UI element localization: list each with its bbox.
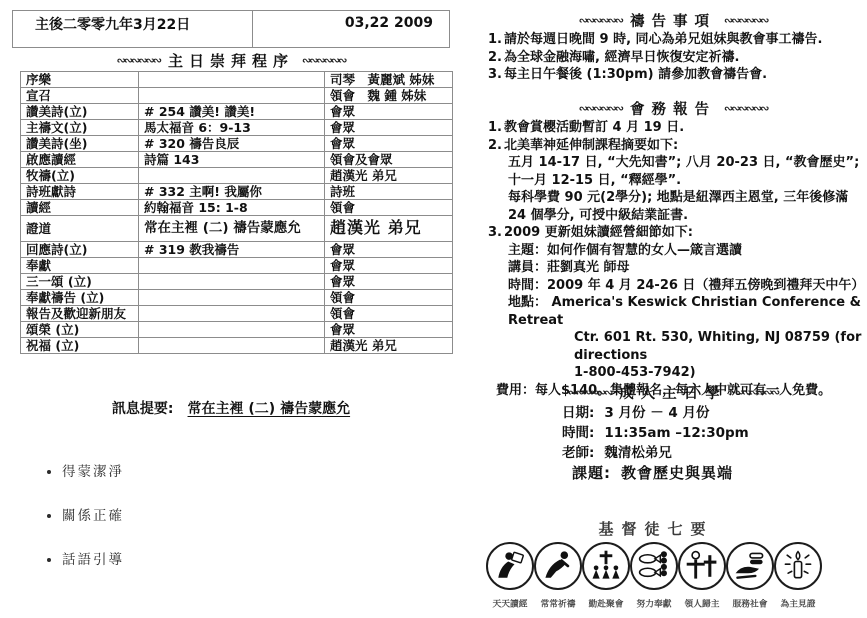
program-content <box>139 290 325 306</box>
praying-icon <box>534 542 582 590</box>
essential-prayer: 常常祈禱 <box>534 542 582 610</box>
program-content: # 254 讚美! 讚美! <box>139 104 325 120</box>
ornament-right-icon: ∾∾∾∾∾∾ <box>735 386 778 399</box>
message-points-list: 得蒙潔淨 關係正確 話語引導 <box>62 460 124 592</box>
table-row: 啟應讀經詩篇 143領會及會眾 <box>21 152 453 168</box>
program-who: 領會 <box>325 290 453 306</box>
prayer-section-title: ∾∾∾∾∾∾ 禱告事項 ∾∾∾∾∾∾ <box>480 10 866 31</box>
report-item: 2.北美華神延伸制課程摘要如下: <box>480 137 866 155</box>
report-subline: 講員：莊劉真光 師母 <box>480 259 866 277</box>
program-item: 啟應讀經 <box>21 152 139 168</box>
table-row: 讀經約翰福音 15: 1-8領會 <box>21 200 453 216</box>
program-item: 證道 <box>21 216 139 242</box>
program-item: 頌榮 (立) <box>21 322 139 338</box>
ornament-left-icon: ∾∾∾∾∾∾ <box>568 386 611 399</box>
program-item: 奉獻禱告 (立) <box>21 290 139 306</box>
list-item: 話語引導 <box>62 548 124 568</box>
prayer-title-text: 禱告事項 <box>630 10 716 31</box>
prayer-item: 1.請於每週日晚間 9 時, 同心為弟兄姐妹與教會事工禱告. <box>480 31 866 49</box>
prayer-item: 3.每主日午餐後 (1:30pm) 請參加教會禱告會. <box>480 66 866 84</box>
program-item: 詩班獻詩 <box>21 184 139 200</box>
ornament-left-icon: ∾∾∾∾∾∾ <box>579 14 622 27</box>
ornament-right-icon: ∾∾∾∾∾∾ <box>302 54 345 67</box>
school-topic-line: 課題:教會歷史與異端 <box>480 463 866 483</box>
item-text: 每主日午餐後 (1:30pm) 請參加教會禱告會. <box>504 66 767 84</box>
table-row: 回應詩(立)# 319 教我禱告會眾 <box>21 242 453 258</box>
school-section-title: ∾∾∾∾∾∾ 成人主日學 ∾∾∾∾∾∾ <box>480 382 866 403</box>
essential-gathering: 勤赴聚會 <box>582 542 630 610</box>
message-summary: 訊息提要:常在主裡 (二) 禱告蒙應允 <box>12 398 450 418</box>
line-label: 日期: <box>562 405 594 421</box>
program-content <box>139 338 325 354</box>
program-content <box>139 274 325 290</box>
item-number: 1. <box>480 31 504 49</box>
table-row: 奉獻會眾 <box>21 258 453 274</box>
program-item: 報告及歡迎新朋友 <box>21 306 139 322</box>
ornament-right-icon: ∾∾∾∾∾∾ <box>724 14 767 27</box>
program-who: 領會及會眾 <box>325 152 453 168</box>
table-row: 序樂司琴 黃麗斌 姊妹 <box>21 72 453 88</box>
program-who: 會眾 <box>325 104 453 120</box>
table-row: 頌榮 (立)會眾 <box>21 322 453 338</box>
program-content <box>139 322 325 338</box>
program-item: 讀經 <box>21 200 139 216</box>
table-row: 奉獻禱告 (立)領會 <box>21 290 453 306</box>
program-who: 趙漢光 弟兄 <box>325 216 453 242</box>
offering-fish-coins-icon <box>630 542 678 590</box>
program-who: 領會 <box>325 200 453 216</box>
item-text: 教會賞櫻活動暫訂 4 月 19 日. <box>504 119 684 137</box>
item-text: 2009 更新姐妹讀經營細節如下: <box>504 224 693 242</box>
program-content <box>139 306 325 322</box>
prayer-items-section: ∾∾∾∾∾∾ 禱告事項 ∾∾∾∾∾∾ 1.請於每週日晚間 9 時, 同心為弟兄姐… <box>480 10 866 84</box>
christian-seven-essentials: 基督徒七要 天天讀經 常常祈禱 <box>486 518 826 610</box>
item-number: 3. <box>480 224 504 242</box>
program-content: # 332 主啊! 我屬你 <box>139 184 325 200</box>
essential-label: 服務社會 <box>733 597 768 610</box>
program-item: 宣召 <box>21 88 139 104</box>
table-row: 主禱文(立)馬太福音 6：9-13會眾 <box>21 120 453 136</box>
serving-hands-icon <box>726 542 774 590</box>
table-row: 牧禱(立)趙漢光 弟兄 <box>21 168 453 184</box>
program-content: 常在主裡 (二) 禱告蒙應允 <box>139 216 325 242</box>
program-content: 詩篇 143 <box>139 152 325 168</box>
program-item: 主禱文(立) <box>21 120 139 136</box>
report-title-text: 會務報告 <box>630 98 716 119</box>
item-number: 3. <box>480 66 504 84</box>
program-item: 回應詩(立) <box>21 242 139 258</box>
essential-offering: 努力奉獻 <box>630 542 678 610</box>
line-label: 老師: <box>562 445 594 461</box>
program-content <box>139 258 325 274</box>
program-item: 三一頌 (立) <box>21 274 139 290</box>
program-content: 約翰福音 15: 1-8 <box>139 200 325 216</box>
worship-order-title-text: 主日崇拜程序 <box>168 50 294 71</box>
date-header-box: 主後二零零九年3月22日 03,22 2009 <box>12 10 450 48</box>
list-item: 關係正確 <box>62 504 124 524</box>
table-row: 報告及歡迎新朋友領會 <box>21 306 453 322</box>
message-summary-label: 訊息提要: <box>112 401 174 417</box>
essential-bible-reading: 天天讀經 <box>486 542 534 610</box>
report-item: 3.2009 更新姐妹讀經營細節如下: <box>480 224 866 242</box>
witness-candle-icon <box>774 542 822 590</box>
report-item: 1.教會賞櫻活動暫訂 4 月 19 日. <box>480 119 866 137</box>
line-label: 時間: <box>562 425 594 441</box>
message-summary-title: 常在主裡 (二) 禱告蒙應允 <box>188 401 351 417</box>
essential-witness: 為主見證 <box>774 542 822 610</box>
program-who: 會眾 <box>325 258 453 274</box>
program-who: 會眾 <box>325 274 453 290</box>
essential-label: 為主見證 <box>781 597 816 610</box>
report-subline: Ctr. 601 Rt. 530, Whiting, NJ 08759 (for… <box>480 329 866 364</box>
essential-label: 努力奉獻 <box>637 597 672 610</box>
program-item: 牧禱(立) <box>21 168 139 184</box>
program-content <box>139 88 325 104</box>
essential-label: 天天讀經 <box>493 597 528 610</box>
report-subline: 十一月 12-15 日, “釋經學”. <box>480 172 866 190</box>
essential-label: 領人歸主 <box>685 597 720 610</box>
program-who: 詩班 <box>325 184 453 200</box>
date-chinese: 主後二零零九年3月22日 <box>13 11 253 47</box>
item-text: 為全球金融海嘯, 經濟早日恢復安定祈禱. <box>504 49 739 67</box>
essential-label: 勤赴聚會 <box>589 597 624 610</box>
item-text: 請於每週日晚間 9 時, 同心為弟兄姐妹與教會事工禱告. <box>504 31 823 49</box>
essential-label: 常常祈禱 <box>541 597 576 610</box>
ornament-left-icon: ∾∾∾∾∾∾ <box>117 54 160 67</box>
program-item: 奉獻 <box>21 258 139 274</box>
ornament-right-icon: ∾∾∾∾∾∾ <box>724 102 767 115</box>
line-label: 課題: <box>572 464 611 482</box>
program-who: 領會 魏 鍾 姊妹 <box>325 88 453 104</box>
item-number: 2. <box>480 137 504 155</box>
prayer-item: 2.為全球金融海嘯, 經濟早日恢復安定祈禱. <box>480 49 866 67</box>
table-row-sermon: 證道常在主裡 (二) 禱告蒙應允趙漢光 弟兄 <box>21 216 453 242</box>
program-content <box>139 72 325 88</box>
essential-service: 服務社會 <box>726 542 774 610</box>
school-date-line: 日期:3 月份 － 4 月份 <box>480 403 866 423</box>
lead-to-lord-icon <box>678 542 726 590</box>
table-row: 三一頌 (立)會眾 <box>21 274 453 290</box>
program-content <box>139 168 325 184</box>
list-item: 得蒙潔淨 <box>62 460 124 480</box>
line-value: 教會歷史與異端 <box>621 464 733 482</box>
program-content: # 319 教我禱告 <box>139 242 325 258</box>
date-numeric: 03,22 2009 <box>253 11 449 47</box>
line-value: 11:35am –12:30pm <box>604 425 748 441</box>
seven-essentials-icons-row: 天天讀經 常常祈禱 勤赴聚會 <box>486 542 826 610</box>
adult-sunday-school-section: ∾∾∾∾∾∾ 成人主日學 ∾∾∾∾∾∾ 日期:3 月份 － 4 月份 時間:11… <box>480 382 866 483</box>
program-who: 會眾 <box>325 136 453 152</box>
program-item: 讚美詩(立) <box>21 104 139 120</box>
ornament-left-icon: ∾∾∾∾∾∾ <box>579 102 622 115</box>
program-item: 序樂 <box>21 72 139 88</box>
program-who: 會眾 <box>325 120 453 136</box>
table-row: 讚美詩(立)# 254 讚美! 讚美!會眾 <box>21 104 453 120</box>
program-who: 領會 <box>325 306 453 322</box>
school-teacher-line: 老師:魏清松弟兄 <box>480 443 866 463</box>
program-item: 讚美詩(坐) <box>21 136 139 152</box>
school-time-line: 時間:11:35am –12:30pm <box>480 423 866 443</box>
program-who: 趙漢光 弟兄 <box>325 168 453 184</box>
table-row: 讚美詩(坐)# 320 禱告良辰會眾 <box>21 136 453 152</box>
school-title-text: 成人主日學 <box>619 382 727 403</box>
gathering-cross-icon <box>582 542 630 590</box>
line-value: 魏清松弟兄 <box>604 445 672 461</box>
essential-evangelism: 領人歸主 <box>678 542 726 610</box>
report-subline: 五月 14-17 日, “大先知書”; 八月 20-23 日, “教會歷史”; <box>480 154 866 172</box>
report-subline: 24 個學分, 可授中級結業証書. <box>480 207 866 225</box>
worship-program-table: 序樂司琴 黃麗斌 姊妹 宣召領會 魏 鍾 姊妹 讚美詩(立)# 254 讚美! … <box>20 71 453 354</box>
program-who: 會眾 <box>325 242 453 258</box>
table-row: 詩班獻詩# 332 主啊! 我屬你詩班 <box>21 184 453 200</box>
table-row: 祝福 (立)趙漢光 弟兄 <box>21 338 453 354</box>
program-who: 會眾 <box>325 322 453 338</box>
worship-order-title: ∾∾∾∾∾∾ 主日崇拜程序 ∾∾∾∾∾∾ <box>12 50 450 71</box>
program-item: 祝福 (立) <box>21 338 139 354</box>
church-report-section: ∾∾∾∾∾∾ 會務報告 ∾∾∾∾∾∾ 1.教會賞櫻活動暫訂 4 月 19 日. … <box>480 98 866 399</box>
seven-essentials-title: 基督徒七要 <box>486 518 826 539</box>
item-number: 2. <box>480 49 504 67</box>
program-content: # 320 禱告良辰 <box>139 136 325 152</box>
line-value: 3 月份 － 4 月份 <box>604 405 709 421</box>
program-content: 馬太福音 6：9-13 <box>139 120 325 136</box>
report-subline: 時間：2009 年 4 月 24-26 日（禮拜五傍晚到禮拜天中午） <box>480 277 866 295</box>
report-subline: 地點： America's Keswick Christian Conferen… <box>480 294 866 329</box>
table-row: 宣召領會 魏 鍾 姊妹 <box>21 88 453 104</box>
report-section-title: ∾∾∾∾∾∾ 會務報告 ∾∾∾∾∾∾ <box>480 98 866 119</box>
item-number: 1. <box>480 119 504 137</box>
program-who: 司琴 黃麗斌 姊妹 <box>325 72 453 88</box>
bible-reading-icon <box>486 542 534 590</box>
program-who: 趙漢光 弟兄 <box>325 338 453 354</box>
report-subline: 1-800-453-7942) <box>480 364 866 382</box>
report-subline: 每科學費 90 元(2學分); 地點是紐澤西主恩堂, 三年後修滿 <box>480 189 866 207</box>
item-text: 北美華神延伸制課程摘要如下: <box>504 137 678 155</box>
report-subline: 主題：如何作個有智慧的女人—箴言選讀 <box>480 242 866 260</box>
